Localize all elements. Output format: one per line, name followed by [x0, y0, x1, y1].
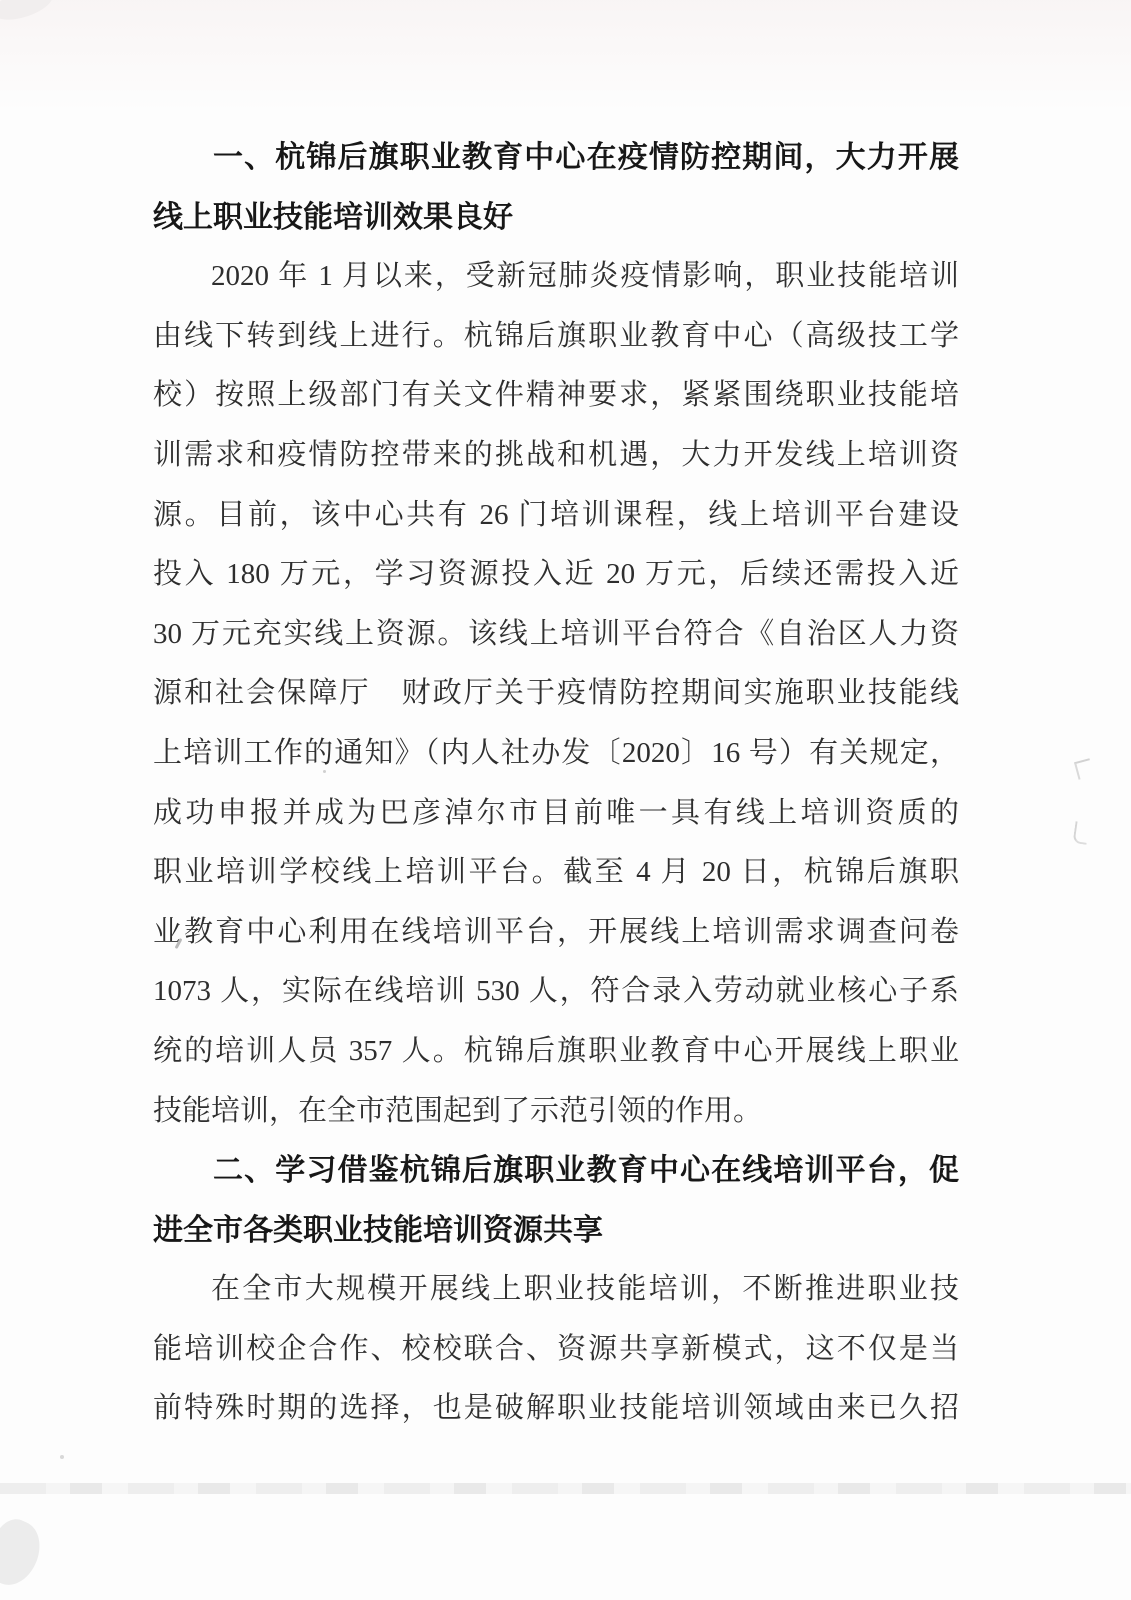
paragraph-1-line-10: 成功申报并成为巴彦淖尔市目前唯一具有线上培训资质的	[153, 784, 959, 844]
paragraph-2-line-2: 能培训校企合作、校校联合、资源共享新模式，这不仅是当	[153, 1320, 959, 1380]
document-page: 一、杭锦后旗职业教育中心在疫情防控期间，大力开展 线上职业技能培训效果良好 20…	[0, 0, 1131, 1600]
scan-stray-dot-bottom	[60, 1455, 64, 1459]
paragraph-1-line-11: 职业培训学校线上培训平台。截至 4 月 20 日，杭锦后旗职	[153, 843, 959, 903]
heading-1-line-1: 一、杭锦后旗职业教育中心在疫情防控期间，大力开展	[153, 128, 959, 188]
paragraph-1-line-5: 源。目前，该中心共有 26 门培训课程，线上培训平台建设	[153, 486, 959, 546]
paragraph-1-line-2: 由线下转到线上进行。杭锦后旗职业教育中心（高级技工学	[153, 307, 959, 367]
section-1: 一、杭锦后旗职业教育中心在疫情防控期间，大力开展 线上职业技能培训效果良好 20…	[153, 128, 959, 1141]
scan-smudge-bottom-left	[0, 1513, 49, 1593]
paragraph-1-line-15: 技能培训，在全市范围起到了示范引领的作用。	[153, 1082, 959, 1142]
scan-stray-dot-middle	[323, 770, 326, 773]
scan-streak-bottom	[0, 1483, 1131, 1494]
paragraph-1-line-6: 投入 180 万元，学习资源投入近 20 万元，后续还需投入近	[153, 545, 959, 605]
scan-tint-band	[0, 0, 1131, 112]
paragraph-1-line-12: 业教育中心利用在线培训平台，开展线上培训需求调查问卷	[153, 903, 959, 963]
paragraph-2-line-1: 在全市大规模开展线上职业技能培训，不断推进职业技	[153, 1260, 959, 1320]
paragraph-1-line-3: 校）按照上级部门有关文件精神要求，紧紧围绕职业技能培	[153, 366, 959, 426]
paragraph-1-line-7: 30 万元充实线上资源。该线上培训平台符合《自治区人力资	[153, 605, 959, 665]
paragraph-1-line-8: 源和社会保障厅 财政厅关于疫情防控期间实施职业技能线	[153, 664, 959, 724]
paragraph-1-line-1: 2020 年 1 月以来，受新冠肺炎疫情影响，职业技能培训	[153, 247, 959, 307]
scan-smudge-right-upper	[1074, 758, 1094, 780]
heading-1-line-2: 线上职业技能培训效果良好	[153, 188, 959, 248]
heading-2-line-2: 进全市各类职业技能培训资源共享	[153, 1201, 959, 1261]
scan-smudge-top-left	[0, 0, 56, 26]
paragraph-1-line-9: 上培训工作的通知》（内人社办发〔2020〕16 号）有关规定，	[153, 724, 959, 784]
heading-2-line-1: 二、学习借鉴杭锦后旗职业教育中心在线培训平台，促	[153, 1141, 959, 1201]
document-text: 一、杭锦后旗职业教育中心在疫情防控期间，大力开展 线上职业技能培训效果良好 20…	[153, 128, 959, 1439]
section-2: 二、学习借鉴杭锦后旗职业教育中心在线培训平台，促 进全市各类职业技能培训资源共享…	[153, 1141, 959, 1439]
paragraph-2-line-3: 前特殊时期的选择，也是破解职业技能培训领域由来已久招	[153, 1379, 959, 1439]
paragraph-1-line-4: 训需求和疫情防控带来的挑战和机遇，大力开发线上培训资	[153, 426, 959, 486]
paragraph-1-line-13: 1073 人，实际在线培训 530 人，符合录入劳动就业核心子系	[153, 962, 959, 1022]
scan-smudge-right-lower	[1073, 821, 1090, 845]
paragraph-1-line-14: 统的培训人员 357 人。杭锦后旗职业教育中心开展线上职业	[153, 1022, 959, 1082]
